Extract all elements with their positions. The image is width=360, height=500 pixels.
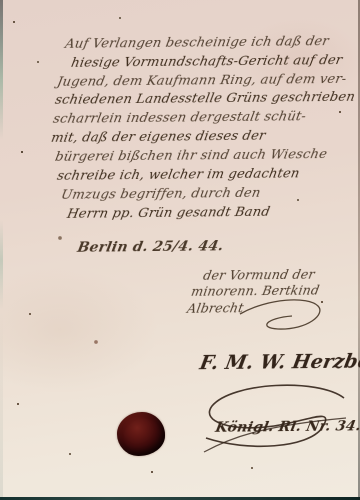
pen-flourish-signature	[198, 382, 350, 450]
handwritten-line: scharrlein indessen dergestalt schüt-	[52, 110, 307, 126]
handwritten-line: Jugend, dem Kaufmann Ring, auf dem ver-	[56, 73, 347, 89]
closing-line: der Vormund der	[202, 267, 316, 283]
handwritten-line: schreibe ich, welcher im gedachten	[56, 167, 301, 183]
handwritten-line: Auf Verlangen bescheinige ich daß der	[64, 35, 330, 51]
handwritten-line: hiesige Vormundschafts-Gericht auf der	[70, 54, 343, 70]
handwritten-line: schiedenen Landesstelle Grüns geschriebe…	[54, 91, 356, 107]
wax-seal	[117, 412, 165, 456]
closing-line: minorenn. Bertkind	[190, 283, 321, 299]
handwritten-line: Herrn pp. Grün gesandt Band	[66, 206, 271, 221]
scanned-letter: Auf Verlangen bescheinige ich daß der hi…	[0, 0, 360, 500]
closing-line: Albrecht	[186, 300, 245, 316]
dateline: Berlin d. 25/4. 44.	[76, 238, 225, 256]
signature: F. M. W. Herzberg	[198, 350, 360, 374]
scan-edge-left	[0, 0, 3, 500]
handwritten-line: mit, daß der eigenes dieses der	[50, 130, 267, 145]
handwritten-line: Umzugs begriffen, durch den	[60, 187, 262, 202]
pen-flourish-closing	[238, 296, 328, 332]
reference-line: Königl. Rl. Nr. 34.	[214, 418, 360, 436]
handwritten-line: bürgerei bißchen ihr sind auch Wiesche	[54, 148, 328, 164]
